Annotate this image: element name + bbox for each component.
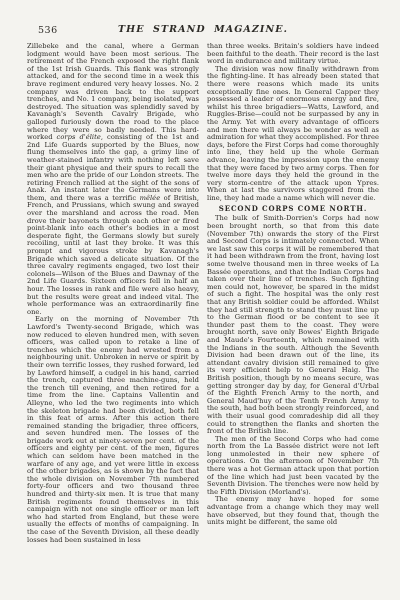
paragraph: The division was now finally withdrawn f… [207,66,379,203]
paragraph: Early on the morning of November 7th Law… [27,316,199,544]
paragraph: Zillebeke and the canal, where a German … [27,43,199,316]
page-header: 536 THE STRAND MAGAZINE. [27,24,379,38]
left-column: Zillebeke and the canal, where a German … [27,43,199,544]
paragraph: than three weeks. Britain's soldiers hav… [207,43,379,66]
section-heading: SECOND CORPS COME NORTH. [207,205,379,213]
paragraph: The men of the Second Corps who had come… [207,436,379,497]
magazine-page: { "page": { "number": "536", "header_tit… [0,0,400,600]
paragraph: The enemy may have hoped for some advant… [207,496,379,526]
paragraph: The bulk of Smith-Dorrien's Corps had no… [207,215,379,435]
article-body: Zillebeke and the canal, where a German … [27,43,379,544]
right-column: than three weeks. Britain's soldiers hav… [207,43,379,544]
magazine-title: THE STRAND MAGAZINE. [27,24,379,35]
